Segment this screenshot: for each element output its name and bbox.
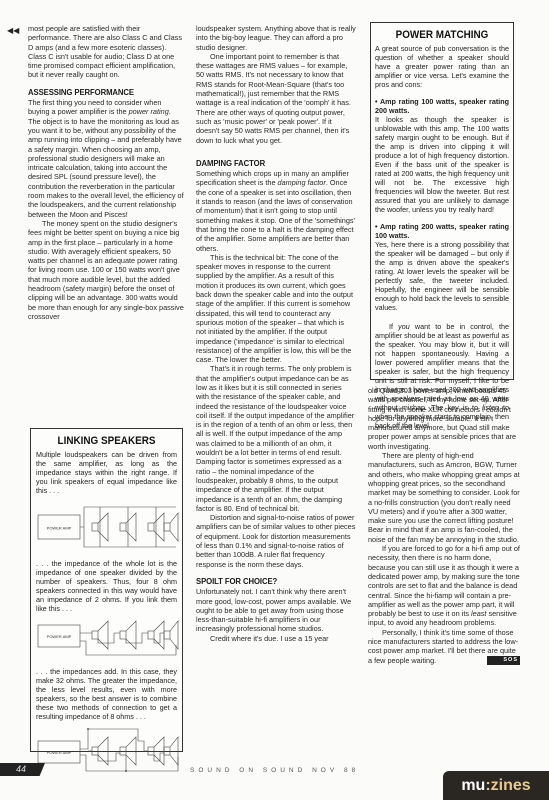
paragraph: If you are forced to go for a hi-fi amp … xyxy=(368,544,520,628)
paragraph: The money spent on the studio designer's… xyxy=(28,219,184,321)
paragraph: Credit where it's due. I use a 15 year xyxy=(196,634,356,643)
series-wiring-diagram: POWER AMP xyxy=(36,619,179,661)
svg-text:POWER AMP: POWER AMP xyxy=(47,634,72,639)
parallel-wiring-diagram: POWER AMP xyxy=(36,501,179,553)
column-3: old Quad 303 power amp, which boasts 45 … xyxy=(368,386,520,665)
paragraph: One important point to remember is that … xyxy=(196,52,356,145)
paragraph: The first thing you need to consider whe… xyxy=(28,98,184,219)
svg-text:POWER AMP: POWER AMP xyxy=(47,750,72,755)
case-2-heading: • Amp rating 200 watts, speaker rating 1… xyxy=(375,222,509,240)
series-parallel-wiring-diagram: POWER AMP xyxy=(36,727,179,775)
text: . The object is to have the monitoring a… xyxy=(28,107,184,218)
logo-text: mu xyxy=(461,777,485,794)
continued-arrow-icon: ◀◀ xyxy=(7,26,19,35)
heading-damping-factor: DAMPING FACTOR xyxy=(196,159,340,168)
emphasis: damping factor xyxy=(278,178,326,187)
case-2-text: Yes, here there is a strong possibility … xyxy=(375,240,509,312)
case-1-text: It looks as though the speaker is unblow… xyxy=(375,115,509,214)
paragraph: loudspeaker system. Anything above that … xyxy=(196,24,356,52)
case-1-heading: • Amp rating 100 watts, speaker rating 2… xyxy=(375,97,509,115)
svg-text:POWER AMP: POWER AMP xyxy=(47,526,72,531)
emphasis: least xyxy=(471,609,486,618)
text: If you are forced to go for a hi-fi amp … xyxy=(368,544,520,618)
sos-end-mark: SOS xyxy=(487,656,520,665)
paragraph: Something which crops up in many an ampl… xyxy=(196,169,356,253)
paragraph: This is the technical bit: The cone of t… xyxy=(196,253,356,365)
text: If xyxy=(389,322,398,331)
paragraph: Personally, I think it's time some of th… xyxy=(368,628,520,665)
heading-spoilt-for-choice: SPOILT FOR CHOICE? xyxy=(196,577,340,586)
heading-assessing-performance: ASSESSING PERFORMANCE xyxy=(28,88,168,97)
emphasis: you xyxy=(398,322,410,331)
text: . Once the cone of a speaker is set into… xyxy=(196,178,355,252)
box-text: . . . the impedances add. In this case, … xyxy=(36,667,177,721)
paragraph: That's it in rough terms. The only probl… xyxy=(196,364,356,513)
column-2: loudspeaker system. Anything above that … xyxy=(196,24,356,643)
magazine-footer: SOUND ON SOUND NOV 88 xyxy=(190,767,359,774)
box-text: . . . the impedance of the whole lot is … xyxy=(36,559,177,613)
power-matching-box: POWER MATCHING A great source of pub con… xyxy=(370,22,514,380)
box-intro: A great source of pub conversation is th… xyxy=(375,44,509,89)
logo-text: zines xyxy=(491,777,531,794)
box-title: POWER MATCHING xyxy=(382,29,503,41)
muzines-logo[interactable]: mu:zines xyxy=(443,771,549,800)
emphasis: power rating xyxy=(129,107,169,116)
paragraph: Unfortunately not. I can't think why the… xyxy=(196,587,356,633)
intro-paragraph: most people are satisfied with their per… xyxy=(28,24,184,80)
paragraph: Distortion and signal-to-noise ratios of… xyxy=(196,513,356,569)
linking-speakers-box: LINKING SPEAKERS Multiple loudspeakers c… xyxy=(30,428,183,752)
page-number: 44 xyxy=(0,763,45,776)
column-1: most people are satisfied with their per… xyxy=(28,24,184,321)
box-text: Multiple loudspeakers can be driven from… xyxy=(36,450,177,495)
paragraph: old Quad 303 power amp, which boasts 45 … xyxy=(368,386,520,451)
box-title: LINKING SPEAKERS xyxy=(43,435,170,447)
paragraph: There are plenty of high-end manufacture… xyxy=(368,451,520,544)
